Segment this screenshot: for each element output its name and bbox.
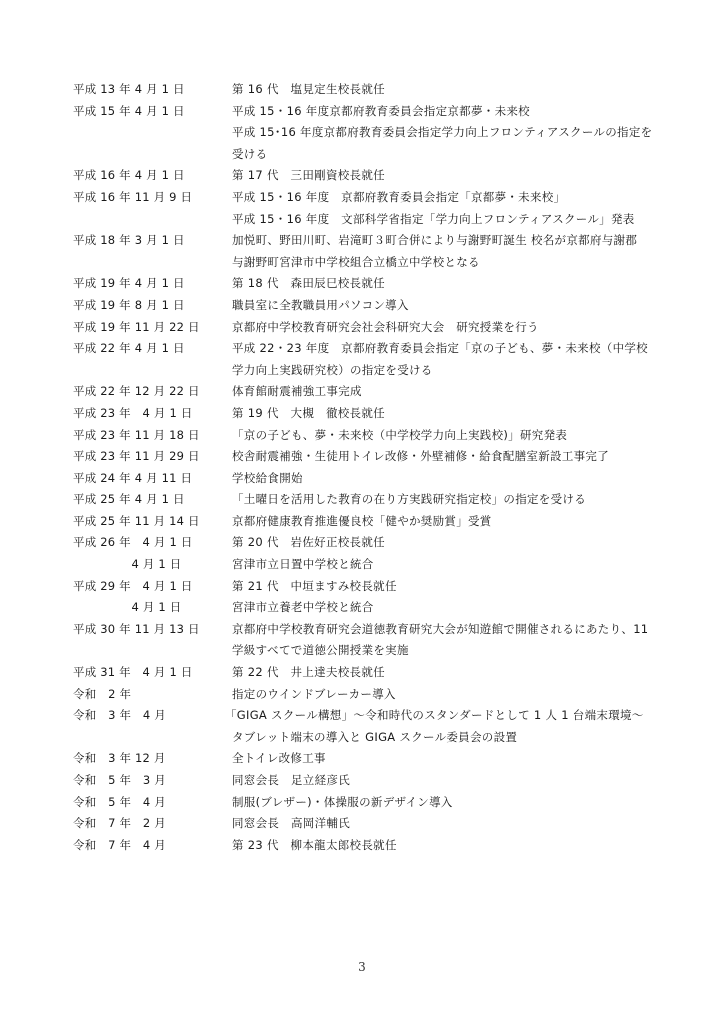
- entry-events: 第 19 代 大槻 徹校長就任: [232, 403, 693, 425]
- timeline-entry: 平成 19 年 8 月 1 日職員室に全教職員用パソコン導入: [73, 295, 693, 317]
- entry-event-line: 全トイレ改修工事: [232, 748, 693, 770]
- entry-event-line: 第 19 代 大槻 徹校長就任: [232, 403, 693, 425]
- entry-event-line: 平成 22・23 年度 京都府教育委員会指定「京の子ども、夢・未来校（中学校: [232, 338, 693, 360]
- entry-event-line: 体育館耐震補強工事完成: [232, 381, 693, 403]
- entry-events: 「GIGA スクール構想」～令和時代のスタンダードとして 1 人 1 台端末環境…: [232, 705, 693, 748]
- timeline-entry: 平成 18 年 3 月 1 日加悦町、野田川町、岩滝町３町合併により与謝野町誕生…: [73, 230, 693, 273]
- entry-date: 令和 7 年 4 月: [73, 835, 232, 857]
- timeline-entry: 令和 2 年指定のウインドブレーカー導入: [73, 684, 693, 706]
- timeline-entry: 平成 23 年 11 月 29 日校舎耐震補強・生徒用トイレ改修・外壁補修・給食…: [73, 446, 693, 468]
- entry-event-line: 与謝野町宮津市中学校組合立橋立中学校となる: [232, 252, 693, 274]
- timeline-entry: 平成 16 年 4 月 1 日第 17 代 三田剛資校長就任: [73, 165, 693, 187]
- timeline-entry: 平成 23 年 11 月 18 日「京の子ども、夢・未来校（中学校学力向上実践校…: [73, 425, 693, 447]
- entry-events: 同窓会長 足立経彦氏: [232, 770, 693, 792]
- entry-events: 第 18 代 森田辰巳校長就任: [232, 273, 693, 295]
- entry-event-line: 学校給食開始: [232, 468, 693, 490]
- timeline-entry: 令和 3 年 12 月全トイレ改修工事: [73, 748, 693, 770]
- timeline-entry: 令和 5 年 4 月制服(ブレザー)・体操服の新デザイン導入: [73, 792, 693, 814]
- timeline-entry: 平成 29 年 4 月 1 日第 21 代 中垣ますみ校長就任: [73, 576, 693, 598]
- entry-event-line: 第 23 代 柳本龍太郎校長就任: [232, 835, 693, 857]
- timeline-entry: 平成 23 年 4 月 1 日第 19 代 大槻 徹校長就任: [73, 403, 693, 425]
- entry-date: 令和 3 年 4 月: [73, 705, 232, 727]
- timeline-entry: 平成 19 年 4 月 1 日第 18 代 森田辰巳校長就任: [73, 273, 693, 295]
- entry-event-line: 同窓会長 足立経彦氏: [232, 770, 693, 792]
- entry-date: 平成 31 年 4 月 1 日: [73, 662, 232, 684]
- entry-event-line: 平成 15･16 年度京都府教育委員会指定学力向上フロンティアスクールの指定を: [232, 122, 693, 144]
- entry-date: 4 月 1 日: [73, 597, 232, 619]
- timeline-entry: 平成 16 年 11 月 9 日平成 15・16 年度 京都府教育委員会指定「京…: [73, 187, 693, 230]
- entry-date: 平成 22 年 12 月 22 日: [73, 381, 232, 403]
- entry-event-line: 平成 15・16 年度 京都府教育委員会指定「京都夢・未来校」: [232, 187, 693, 209]
- entry-date: 平成 26 年 4 月 1 日: [73, 532, 232, 554]
- entry-events: 宮津市立養老中学校と統合: [232, 597, 693, 619]
- entry-date: 平成 15 年 4 月 1 日: [73, 101, 232, 123]
- entry-event-line: 「土曜日を活用した教育の在り方実践研究指定校」の指定を受ける: [232, 489, 693, 511]
- entry-date: 4 月 1 日: [73, 554, 232, 576]
- entry-event-line: 京都府中学校教育研究会社会科研究大会 研究授業を行う: [232, 317, 693, 339]
- entry-event-line: 宮津市立養老中学校と統合: [232, 597, 693, 619]
- timeline-entry: 4 月 1 日宮津市立日置中学校と統合: [73, 554, 693, 576]
- timeline-entry: 4 月 1 日宮津市立養老中学校と統合: [73, 597, 693, 619]
- entry-events: 学校給食開始: [232, 468, 693, 490]
- entry-date: 平成 18 年 3 月 1 日: [73, 230, 232, 252]
- entry-date: 平成 19 年 11 月 22 日: [73, 317, 232, 339]
- timeline-entry: 平成 22 年 12 月 22 日体育館耐震補強工事完成: [73, 381, 693, 403]
- entry-event-line: 宮津市立日置中学校と統合: [232, 554, 693, 576]
- entry-event-line: 指定のウインドブレーカー導入: [232, 684, 693, 706]
- entry-event-line: 職員室に全教職員用パソコン導入: [232, 295, 693, 317]
- entry-event-line: 受ける: [232, 144, 693, 166]
- entry-date: 平成 24 年 4 月 11 日: [73, 468, 232, 490]
- entry-date: 平成 23 年 11 月 18 日: [73, 425, 232, 447]
- timeline-entry: 平成 25 年 11 月 14 日京都府健康教育推進優良校「健やか奨励賞」受賞: [73, 511, 693, 533]
- entry-events: 第 23 代 柳本龍太郎校長就任: [232, 835, 693, 857]
- timeline-entry: 平成 15 年 4 月 1 日平成 15・16 年度京都府教育委員会指定京都夢・…: [73, 101, 693, 166]
- entry-date: 平成 22 年 4 月 1 日: [73, 338, 232, 360]
- entry-event-line: 学級すべてで道徳公開授業を実施: [232, 640, 693, 662]
- entry-date: 平成 25 年 4 月 1 日: [73, 489, 232, 511]
- entry-event-line: 平成 15・16 年度京都府教育委員会指定京都夢・未来校: [232, 101, 693, 123]
- entry-events: 同窓会長 高岡洋輔氏: [232, 813, 693, 835]
- entry-date: 平成 23 年 4 月 1 日: [73, 403, 232, 425]
- entry-events: 京都府中学校教育研究会道徳教育研究大会が知遊館で開催されるにあたり、11学級すべ…: [232, 619, 693, 662]
- school-history-timeline: 平成 13 年 4 月 1 日第 16 代 塩見定生校長就任平成 15 年 4 …: [73, 79, 693, 856]
- entry-events: 第 22 代 井上達夫校長就任: [232, 662, 693, 684]
- timeline-entry: 平成 19 年 11 月 22 日京都府中学校教育研究会社会科研究大会 研究授業…: [73, 317, 693, 339]
- entry-events: 加悦町、野田川町、岩滝町３町合併により与謝野町誕生 校名が京都府与謝郡与謝野町宮…: [232, 230, 693, 273]
- entry-event-line: 第 22 代 井上達夫校長就任: [232, 662, 693, 684]
- timeline-entry: 平成 25 年 4 月 1 日「土曜日を活用した教育の在り方実践研究指定校」の指…: [73, 489, 693, 511]
- entry-events: 指定のウインドブレーカー導入: [232, 684, 693, 706]
- entry-events: 京都府中学校教育研究会社会科研究大会 研究授業を行う: [232, 317, 693, 339]
- entry-events: 全トイレ改修工事: [232, 748, 693, 770]
- timeline-entry: 令和 5 年 3 月同窓会長 足立経彦氏: [73, 770, 693, 792]
- entry-events: 体育館耐震補強工事完成: [232, 381, 693, 403]
- timeline-entry: 平成 30 年 11 月 13 日京都府中学校教育研究会道徳教育研究大会が知遊館…: [73, 619, 693, 662]
- entry-events: 第 21 代 中垣ますみ校長就任: [232, 576, 693, 598]
- entry-event-line: 「GIGA スクール構想」～令和時代のスタンダードとして 1 人 1 台端末環境…: [225, 705, 693, 727]
- entry-event-line: 平成 15・16 年度 文部科学省指定「学力向上フロンティアスクール」発表: [232, 209, 693, 231]
- entry-event-line: 京都府健康教育推進優良校「健やか奨励賞」受賞: [232, 511, 693, 533]
- entry-date: 平成 19 年 4 月 1 日: [73, 273, 232, 295]
- entry-date: 令和 3 年 12 月: [73, 748, 232, 770]
- entry-date: 平成 16 年 11 月 9 日: [73, 187, 232, 209]
- entry-date: 平成 25 年 11 月 14 日: [73, 511, 232, 533]
- timeline-entry: 平成 24 年 4 月 11 日学校給食開始: [73, 468, 693, 490]
- entry-events: 宮津市立日置中学校と統合: [232, 554, 693, 576]
- entry-events: 「土曜日を活用した教育の在り方実践研究指定校」の指定を受ける: [232, 489, 693, 511]
- entry-events: 平成 15・16 年度 京都府教育委員会指定「京都夢・未来校」平成 15・16 …: [232, 187, 693, 230]
- entry-events: 職員室に全教職員用パソコン導入: [232, 295, 693, 317]
- entry-event-line: 京都府中学校教育研究会道徳教育研究大会が知遊館で開催されるにあたり、11: [232, 619, 693, 641]
- entry-event-line: 校舎耐震補強・生徒用トイレ改修・外壁補修・給食配膳室新設工事完了: [232, 446, 693, 468]
- entry-date: 平成 29 年 4 月 1 日: [73, 576, 232, 598]
- entry-event-line: 制服(ブレザー)・体操服の新デザイン導入: [232, 792, 693, 814]
- entry-events: 第 20 代 岩佐好正校長就任: [232, 532, 693, 554]
- entry-events: 校舎耐震補強・生徒用トイレ改修・外壁補修・給食配膳室新設工事完了: [232, 446, 693, 468]
- entry-events: 平成 22・23 年度 京都府教育委員会指定「京の子ども、夢・未来校（中学校学力…: [232, 338, 693, 381]
- entry-date: 平成 13 年 4 月 1 日: [73, 79, 232, 101]
- timeline-entry: 令和 3 年 4 月「GIGA スクール構想」～令和時代のスタンダードとして 1…: [73, 705, 693, 748]
- entry-events: 第 16 代 塩見定生校長就任: [232, 79, 693, 101]
- entry-date: 令和 2 年: [73, 684, 232, 706]
- timeline-entry: 平成 22 年 4 月 1 日平成 22・23 年度 京都府教育委員会指定「京の…: [73, 338, 693, 381]
- timeline-entry: 平成 13 年 4 月 1 日第 16 代 塩見定生校長就任: [73, 79, 693, 101]
- entry-event-line: 第 16 代 塩見定生校長就任: [232, 79, 693, 101]
- timeline-entry: 平成 31 年 4 月 1 日第 22 代 井上達夫校長就任: [73, 662, 693, 684]
- entry-event-line: 第 21 代 中垣ますみ校長就任: [232, 576, 693, 598]
- entry-event-line: 加悦町、野田川町、岩滝町３町合併により与謝野町誕生 校名が京都府与謝郡: [232, 230, 693, 252]
- entry-event-line: 第 20 代 岩佐好正校長就任: [232, 532, 693, 554]
- entry-events: 平成 15・16 年度京都府教育委員会指定京都夢・未来校平成 15･16 年度京…: [232, 101, 693, 166]
- entry-event-line: 第 17 代 三田剛資校長就任: [232, 165, 693, 187]
- entry-date: 平成 19 年 8 月 1 日: [73, 295, 232, 317]
- entry-date: 平成 16 年 4 月 1 日: [73, 165, 232, 187]
- page-number: 3: [0, 960, 724, 974]
- entry-event-line: タブレット端末の導入と GIGA スクール委員会の設置: [232, 727, 693, 749]
- document-page: 平成 13 年 4 月 1 日第 16 代 塩見定生校長就任平成 15 年 4 …: [0, 0, 724, 1024]
- entry-date: 平成 30 年 11 月 13 日: [73, 619, 232, 641]
- entry-event-line: 同窓会長 高岡洋輔氏: [232, 813, 693, 835]
- entry-event-line: 学力向上実践研究校）の指定を受ける: [232, 360, 693, 382]
- entry-date: 令和 7 年 2 月: [73, 813, 232, 835]
- entry-events: 京都府健康教育推進優良校「健やか奨励賞」受賞: [232, 511, 693, 533]
- entry-events: 「京の子ども、夢・未来校（中学校学力向上実践校)」研究発表: [232, 425, 693, 447]
- timeline-entry: 平成 26 年 4 月 1 日第 20 代 岩佐好正校長就任: [73, 532, 693, 554]
- entry-date: 平成 23 年 11 月 29 日: [73, 446, 232, 468]
- entry-events: 制服(ブレザー)・体操服の新デザイン導入: [232, 792, 693, 814]
- timeline-entry: 令和 7 年 4 月第 23 代 柳本龍太郎校長就任: [73, 835, 693, 857]
- timeline-entry: 令和 7 年 2 月同窓会長 高岡洋輔氏: [73, 813, 693, 835]
- entry-event-line: 第 18 代 森田辰巳校長就任: [232, 273, 693, 295]
- entry-date: 令和 5 年 4 月: [73, 792, 232, 814]
- entry-date: 令和 5 年 3 月: [73, 770, 232, 792]
- entry-event-line: 「京の子ども、夢・未来校（中学校学力向上実践校)」研究発表: [232, 425, 693, 447]
- entry-events: 第 17 代 三田剛資校長就任: [232, 165, 693, 187]
